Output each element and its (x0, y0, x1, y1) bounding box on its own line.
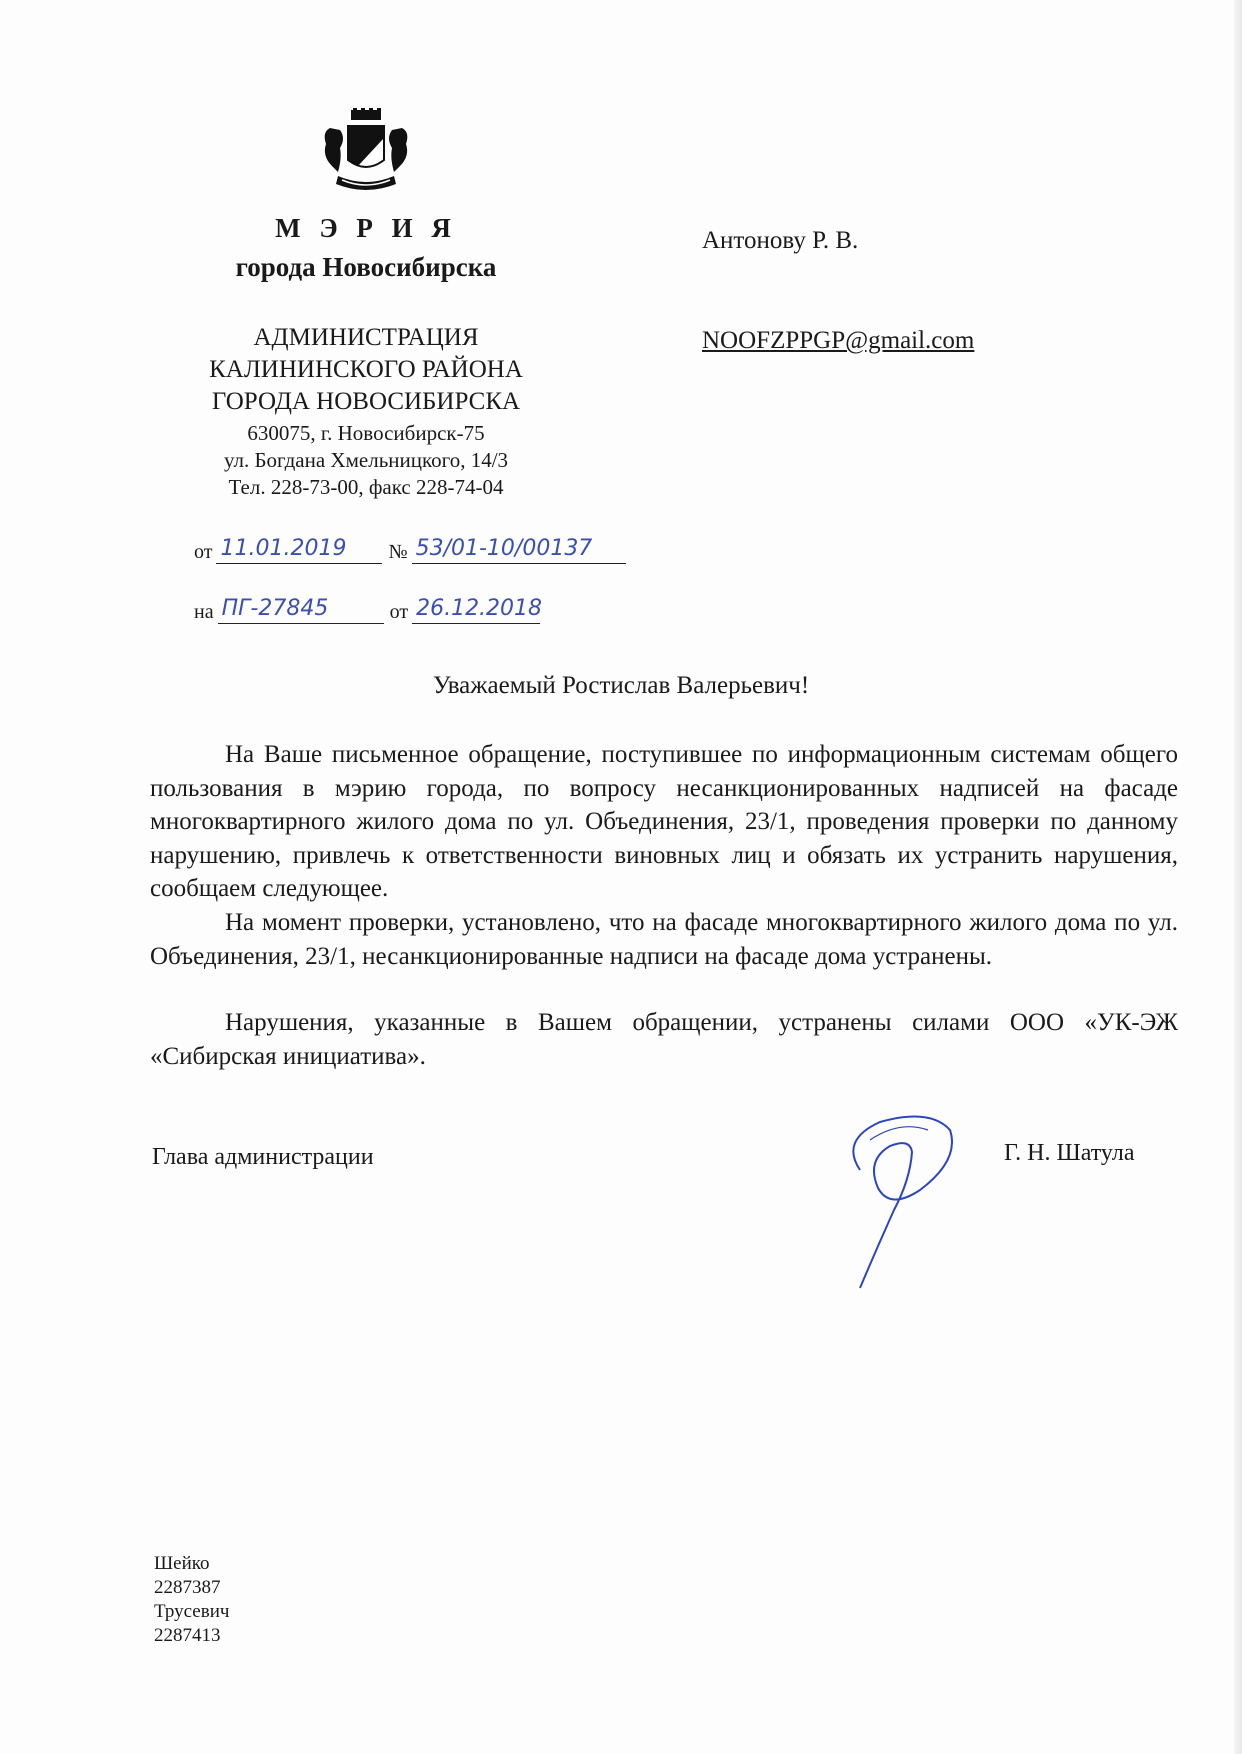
recipient-name: Антонову Р. В. (702, 227, 858, 255)
paragraph-text: Нарушения, указанные в Вашем обращении, … (150, 1006, 1178, 1073)
address-line: ул. Богдана Хмельницкого, 14/3 (150, 447, 582, 474)
administration-name: АДМИНИСТРАЦИЯ КАЛИНИНСКОГО РАЙОНА ГОРОДА… (150, 322, 582, 418)
reply-reference: ПГ-27845 (218, 595, 384, 624)
coat-of-arms-icon (318, 108, 414, 200)
outgoing-number: 53/01-10/00137 (412, 535, 626, 564)
paragraph-text: На Ваше письменное обращение, поступивше… (150, 738, 1178, 906)
executor-contacts: Шейко 2287387 Трусевич 2287413 (154, 1552, 229, 1648)
recipient-email[interactable]: NOOFZPPGP@gmail.com (702, 327, 974, 355)
reply-row: на ПГ-27845 от 26.12.2018 (194, 595, 540, 624)
address-line: 630075, г. Новосибирск-75 (150, 420, 582, 447)
scan-edge (1234, 0, 1242, 1754)
body-paragraph: Нарушения, указанные в Вашем обращении, … (150, 1006, 1178, 1073)
number-label: № (388, 541, 407, 564)
body-paragraph: На Ваше письменное обращение, поступивше… (150, 738, 1178, 906)
reply-label: на (194, 601, 214, 624)
admin-line: ГОРОДА НОВОСИБИРСКА (150, 386, 582, 418)
signatory-name: Г. Н. Шатула (1004, 1140, 1135, 1167)
reply-from-label: от (390, 601, 408, 624)
registration-row: от 11.01.2019 № 53/01-10/00137 (194, 535, 626, 564)
outgoing-date: 11.01.2019 (216, 535, 382, 564)
handwritten-signature-icon (800, 1100, 970, 1290)
contact-line: Шейко (154, 1552, 229, 1576)
administration-address: 630075, г. Новосибирск-75 ул. Богдана Хм… (150, 420, 582, 501)
signatory-title: Глава администрации (152, 1144, 374, 1171)
contact-line: 2287387 (154, 1576, 229, 1600)
contact-line: Трусевич (154, 1600, 229, 1624)
letterhead-title: М Э Р И Я (150, 213, 582, 244)
greeting: Уважаемый Ростислав Валерьевич! (0, 672, 1242, 700)
body-paragraph: На момент проверки, установлено, что на … (150, 906, 1178, 973)
reply-date: 26.12.2018 (412, 595, 540, 624)
from-label: от (194, 541, 212, 564)
contact-line: 2287413 (154, 1624, 229, 1648)
paragraph-text: На момент проверки, установлено, что на … (150, 906, 1178, 973)
letterhead-city: города Новосибирска (150, 252, 582, 283)
admin-line: КАЛИНИНСКОГО РАЙОНА (150, 354, 582, 386)
address-line: Тел. 228-73-00, факс 228-74-04 (150, 474, 582, 501)
admin-line: АДМИНИСТРАЦИЯ (150, 322, 582, 354)
